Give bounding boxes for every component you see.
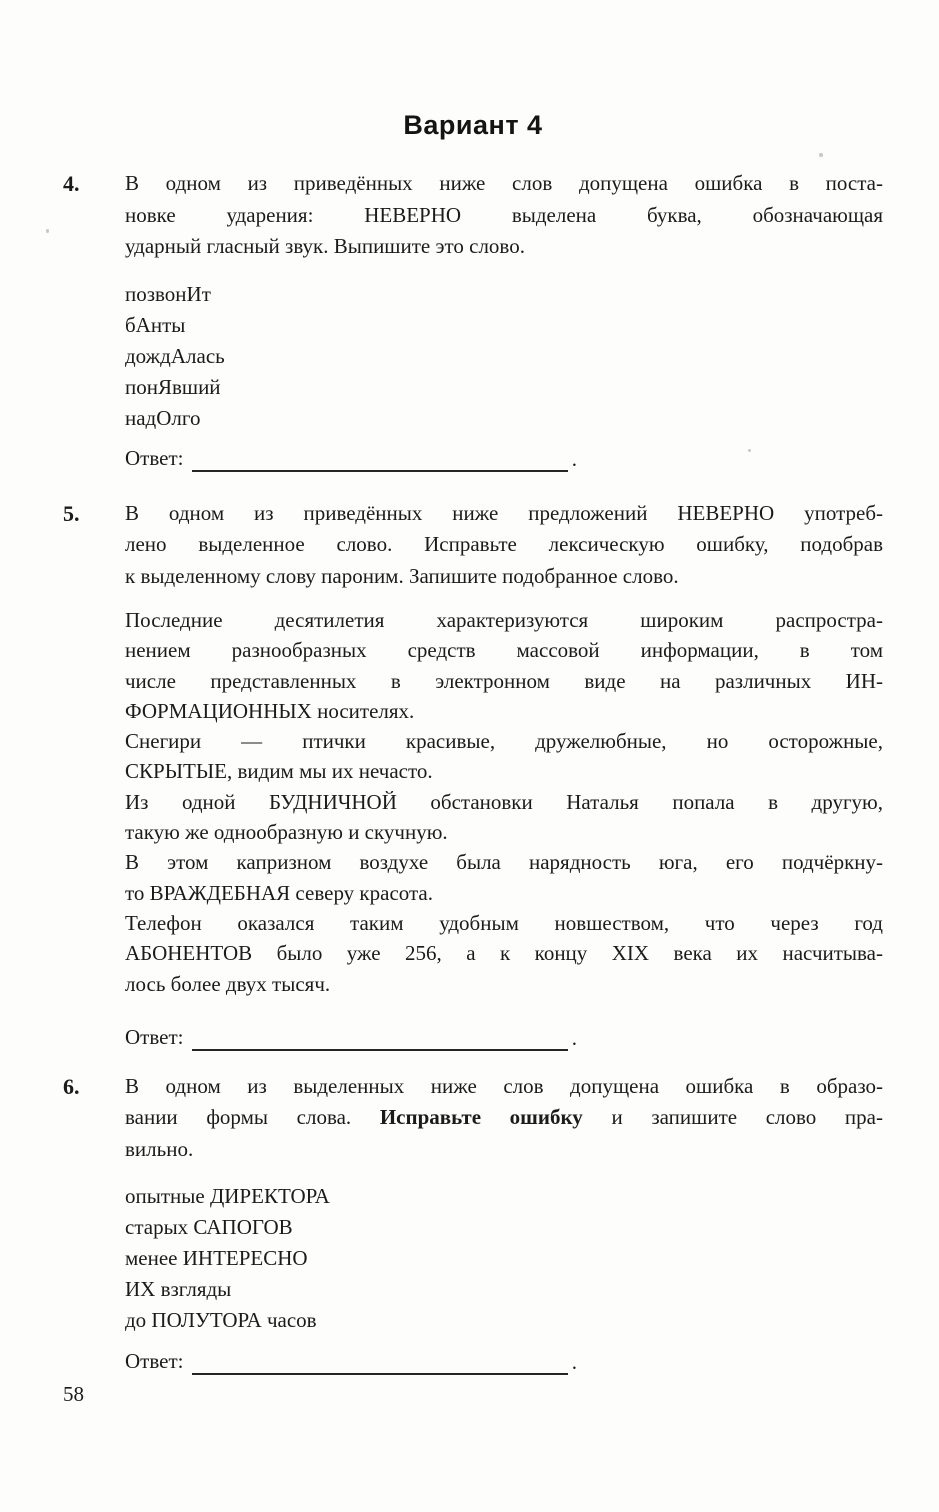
question-6-answer-row: Ответ: . <box>125 1345 577 1375</box>
passage-paragraph: Последние десятилетия характеризуются ши… <box>125 605 883 726</box>
page-title: Вариант 4 <box>63 110 883 141</box>
prompt-line: В одном из приведённых ниже слов допущен… <box>125 168 883 200</box>
answer-label: Ответ: <box>125 1347 183 1375</box>
question-4-prompt: В одном из приведённых ниже слов допущен… <box>125 168 883 263</box>
question-4-word-list: позвонИтбАнтыдождАласьпонЯвшийнадОлго <box>125 279 883 434</box>
prompt-line: вильно. <box>125 1134 883 1166</box>
passage-line: Последние десятилетия характеризуются ши… <box>125 605 883 635</box>
question-6-word-list: опытные ДИРЕКТОРАстарых САПОГОВменее ИНТ… <box>125 1181 883 1336</box>
prompt-line: В одном из приведённых ниже предложений … <box>125 498 883 530</box>
passage-paragraph: Снегири — птички красивые, дружелюбные, … <box>125 726 883 787</box>
prompt-line: В одном из выделенных ниже слов допущена… <box>125 1071 883 1103</box>
passage-line: такую же однообразную и скучную. <box>125 817 883 847</box>
word-option: надОлго <box>125 403 883 434</box>
passage-line: АБОНЕНТОВ было уже 256, а к концу XIX ве… <box>125 938 883 968</box>
word-option: понЯвший <box>125 372 883 403</box>
passage-paragraph: В этом капризном воздухе была нарядность… <box>125 847 883 908</box>
word-option: до ПОЛУТОРА часов <box>125 1305 883 1336</box>
question-4-number: 4. <box>63 168 125 200</box>
passage-paragraph: Телефон оказался таким удобным новшество… <box>125 908 883 999</box>
prompt-line: лено выделенное слово. Исправьте лексиче… <box>125 529 883 561</box>
page-content: Вариант 4 4. В одном из приведённых ниже… <box>63 0 883 1407</box>
word-option: бАнты <box>125 310 883 341</box>
question-4-body: В одном из приведённых ниже слов допущен… <box>125 168 883 472</box>
page-number: 58 <box>63 1382 883 1407</box>
word-option: старых САПОГОВ <box>125 1212 883 1243</box>
question-6-body: В одном из выделенных ниже слов допущена… <box>125 1071 883 1376</box>
answer-blank-line <box>192 1025 567 1051</box>
passage-line: нением разнообразных средств массовой ин… <box>125 635 883 665</box>
scan-speck <box>46 229 49 233</box>
scanned-exam-page: Вариант 4 4. В одном из приведённых ниже… <box>0 0 939 1512</box>
passage-line: то ВРАЖДЕБНАЯ северу красота. <box>125 878 883 908</box>
passage-line: ФОРМАЦИОННЫХ носителях. <box>125 696 883 726</box>
passage-line: Телефон оказался таким удобным новшество… <box>125 908 883 938</box>
answer-blank-line <box>192 446 567 472</box>
question-6-prompt: В одном из выделенных ниже слов допущена… <box>125 1071 883 1166</box>
passage-line: числе представленных в электронном виде … <box>125 666 883 696</box>
prompt-line: к выделенному слову пароним. Запишите по… <box>125 561 883 593</box>
passage-line: Снегири — птички красивые, дружелюбные, … <box>125 726 883 756</box>
question-5-body: В одном из приведённых ниже предложений … <box>125 498 883 1051</box>
passage-line: СКРЫТЫЕ, видим мы их нечасто. <box>125 756 883 786</box>
word-option: позвонИт <box>125 279 883 310</box>
question-6-number: 6. <box>63 1071 125 1103</box>
word-option: дождАлась <box>125 341 883 372</box>
question-5-passage: Последние десятилетия характеризуются ши… <box>125 605 883 999</box>
passage-paragraph: Из одной БУДНИЧНОЙ обстановки Наталья по… <box>125 787 883 848</box>
question-5-prompt: В одном из приведённых ниже предложений … <box>125 498 883 593</box>
question-4-answer-row: Ответ: . <box>125 442 577 472</box>
prompt-line: новке ударения: НЕВЕРНО выделена буква, … <box>125 200 883 232</box>
answer-blank-line <box>192 1349 567 1375</box>
prompt-line: вании формы слова. Исправьте ошибку и за… <box>125 1102 883 1134</box>
answer-period: . <box>572 446 577 472</box>
question-5-answer-row: Ответ: . <box>125 1021 577 1051</box>
word-option: опытные ДИРЕКТОРА <box>125 1181 883 1212</box>
word-option: менее ИНТЕРЕСНО <box>125 1243 883 1274</box>
passage-line: лось более двух тысяч. <box>125 969 883 999</box>
passage-line: В этом капризном воздухе была нарядность… <box>125 847 883 877</box>
answer-period: . <box>572 1025 577 1051</box>
answer-label: Ответ: <box>125 1023 183 1051</box>
answer-label: Ответ: <box>125 444 183 472</box>
question-5: 5. В одном из приведённых ниже предложен… <box>63 498 883 1051</box>
passage-line: Из одной БУДНИЧНОЙ обстановки Наталья по… <box>125 787 883 817</box>
answer-period: . <box>572 1349 577 1375</box>
prompt-line: ударный гласный звук. Выпишите это слово… <box>125 231 883 263</box>
question-5-number: 5. <box>63 498 125 530</box>
word-option: ИХ взгляды <box>125 1274 883 1305</box>
question-6: 6. В одном из выделенных ниже слов допущ… <box>63 1071 883 1376</box>
question-4: 4. В одном из приведённых ниже слов допу… <box>63 168 883 472</box>
